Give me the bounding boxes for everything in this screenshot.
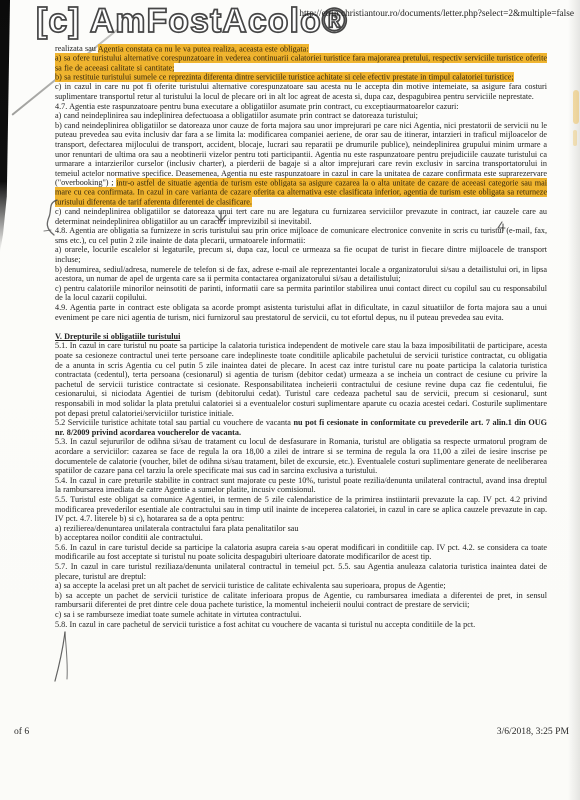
document-body: realizata sau Agentia constata ca nu le … xyxy=(55,44,547,629)
paragraph: a) orarele, locurile escalelor si legatu… xyxy=(55,245,547,264)
paragraph: 4.8. Agentia are obligatia sa furnizeze … xyxy=(55,226,547,245)
paragraph: c) pentru calatoriile minorilor neinsoti… xyxy=(55,284,547,303)
text-segment: a) orarele, locurile escalelor si legatu… xyxy=(55,245,547,264)
highlighted-text: b) sa restituie turistului sumele ce rep… xyxy=(55,72,514,82)
text-segment: realizata sau xyxy=(55,44,98,53)
text-segment: 4.9. Agentia parte in contract este obli… xyxy=(55,303,547,322)
paragraph: 5.1. In cazul in care turistul nu poate … xyxy=(55,341,547,418)
paragraph: 5.6. In cazul in care turistul decide sa… xyxy=(55,543,547,562)
paragraph: a) rezilierea/denuntarea unilaterala con… xyxy=(55,524,547,534)
paragraph: a) cand neindeplinirea sau indeplinirea … xyxy=(55,111,547,121)
text-segment: 5.1. In cazul in care turistul nu poate … xyxy=(55,341,547,417)
text-segment: 5.4. In cazul in care preturile stabilit… xyxy=(55,476,547,495)
text-segment: b) denumirea, sediul/adresa, numerele de… xyxy=(55,265,547,284)
paragraph: b) sa restituie turistului sumele ce rep… xyxy=(55,73,547,83)
paragraph: c) cand neindeplinirea obligatiilor se d… xyxy=(55,207,547,226)
text-segment: 5.7. In cazul in care turistul reziliaza… xyxy=(55,562,547,581)
text-segment: 5.5. Turistul este obligat sa comunice A… xyxy=(55,495,547,523)
text-segment: 5.6. In cazul in care turistul decide sa… xyxy=(55,543,547,562)
paragraph: 5.2 Serviciile turistice achitate total … xyxy=(55,418,547,437)
paragraph: c) in cazul in care nu pot fi oferite tu… xyxy=(55,82,547,101)
amfostacolo-watermark-logo: [c] AmFostAcolo® xyxy=(36,2,348,41)
text-segment: a) cand neindeplinirea sau indeplinirea … xyxy=(55,111,418,120)
document-url: http://etrip.christiantour.ro/documents/… xyxy=(299,9,574,19)
section-heading: V. Drepturile si obligatiile turistului xyxy=(55,332,547,342)
paragraph: a) sa ofere turistului alternative cores… xyxy=(55,54,547,73)
text-segment: c) in cazul in care nu pot fi oferite tu… xyxy=(55,82,547,101)
highlighted-text: intr-o astfel de situatie agentia de tur… xyxy=(55,178,547,207)
text-segment: 4.8. Agentia are obligatia sa furnizeze … xyxy=(55,226,547,245)
paragraph: b) acceptarea noilor conditii ale contra… xyxy=(55,533,547,543)
handwritten-spike-mark-icon xyxy=(52,630,76,684)
text-segment: a) sa accepte la acelasi pret un alt pac… xyxy=(55,581,446,590)
highlighted-text: Agentia constata ca nu le va putea reali… xyxy=(98,44,309,54)
text-segment: V. Drepturile si obligatiile turistului xyxy=(55,332,180,341)
text-segment: 4.7. Agentia este raspunzatoare pentru b… xyxy=(55,102,459,111)
paragraph: 5.5. Turistul este obligat sa comunice A… xyxy=(55,495,547,524)
paragraph: a) sa accepte la acelasi pret un alt pac… xyxy=(55,581,547,591)
page-indicator: of 6 xyxy=(14,726,29,737)
scanned-document-page: [c] AmFostAcolo® http://etrip.christiant… xyxy=(0,0,580,800)
print-timestamp: 3/6/2018, 3:25 PM xyxy=(497,726,569,737)
highlighter-smudge xyxy=(573,90,579,124)
highlighter-smudge xyxy=(573,130,577,146)
text-segment: 5.8. In cazul in care pachetul de servic… xyxy=(55,620,475,629)
paragraph: 5.3. In cazul sejururilor de odihna si/s… xyxy=(55,437,547,475)
text-segment: c) pentru calatoriile minorilor neinsoti… xyxy=(55,284,547,303)
text-segment: 5.2 Serviciile turistice achitate total … xyxy=(55,418,294,427)
paragraph: b) sa accepte un pachet de servicii turi… xyxy=(55,591,547,610)
text-segment: c) cand neindeplinirea obligatiilor se d… xyxy=(55,207,547,226)
text-segment: c) sa i se ramburseze imediat toate sume… xyxy=(55,610,301,619)
paragraph: 5.8. In cazul in care pachetul de servic… xyxy=(55,620,547,630)
text-segment: a) rezilierea/denuntarea unilaterala con… xyxy=(55,524,298,533)
paragraph: 5.4. In cazul in care preturile stabilit… xyxy=(55,476,547,495)
paragraph: b) denumirea, sediul/adresa, numerele de… xyxy=(55,265,547,284)
highlighted-text: a) sa ofere turistului alternative cores… xyxy=(55,53,547,73)
text-segment: b) acceptarea noilor conditii ale contra… xyxy=(55,533,203,542)
paragraph: b) cand neindeplinirea obligatiilor se d… xyxy=(55,121,547,207)
text-segment: b) sa accepte un pachet de servicii turi… xyxy=(55,591,547,610)
paragraph: 4.7. Agentia este raspunzatoare pentru b… xyxy=(55,102,547,112)
text-segment: 5.3. In cazul sejururilor de odihna si/s… xyxy=(55,437,547,475)
scan-edge-artifact xyxy=(0,0,10,252)
paragraph: 5.7. In cazul in care turistul reziliaza… xyxy=(55,562,547,581)
paragraph: c) sa i se ramburseze imediat toate sume… xyxy=(55,610,547,620)
paragraph: 4.9. Agentia parte in contract este obli… xyxy=(55,303,547,322)
